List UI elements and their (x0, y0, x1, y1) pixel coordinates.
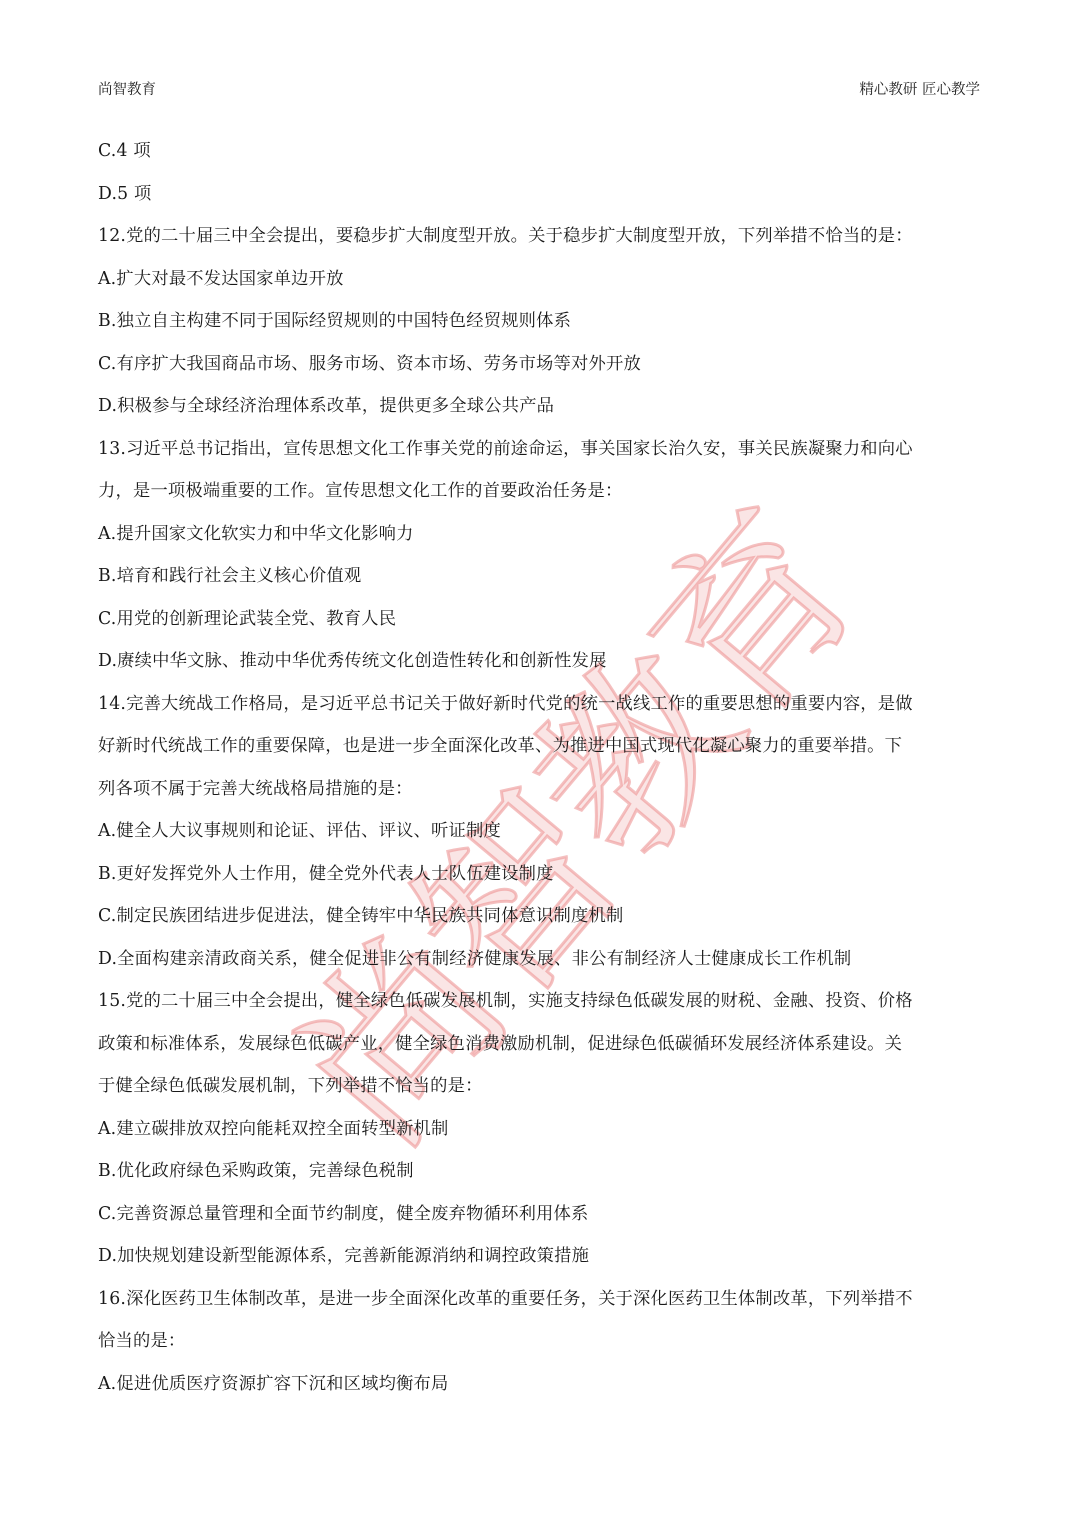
question-15-option-d: D.加快规划建设新型能源体系，完善新能源消纳和调控政策措施 (98, 1235, 984, 1278)
question-12-option-b: B.独立自主构建不同于国际经贸规则的中国特色经贸规则体系 (98, 300, 984, 343)
question-16-option-a: A.促进优质医疗资源扩容下沉和区域均衡布局 (98, 1363, 984, 1406)
question-15-stem-line2: 政策和标准体系，发展绿色低碳产业，健全绿色消费激励机制，促进绿色低碳循环发展经济… (98, 1023, 984, 1066)
header-brand: 尚智教育 (98, 78, 156, 99)
question-13-option-b: B.培育和践行社会主义核心价值观 (98, 555, 984, 598)
header-slogan: 精心教研 匠心教学 (859, 78, 980, 99)
question-15-option-b: B.优化政府绿色采购政策，完善绿色税制 (98, 1150, 984, 1193)
question-12-stem: 12.党的二十届三中全会提出，要稳步扩大制度型开放。关于稳步扩大制度型开放，下列… (98, 215, 984, 258)
question-13-option-c: C.用党的创新理论武装全党、教育人民 (98, 598, 984, 641)
option-c-prev: C.4 项 (98, 130, 984, 173)
question-14-option-c: C.制定民族团结进步促进法，健全铸牢中华民族共同体意识制度机制 (98, 895, 984, 938)
option-d-prev: D.5 项 (98, 173, 984, 216)
question-14-option-d: D.全面构建亲清政商关系，健全促进非公有制经济健康发展、非公有制经济人士健康成长… (98, 938, 984, 981)
question-15-option-c: C.完善资源总量管理和全面节约制度，健全废弃物循环利用体系 (98, 1193, 984, 1236)
question-15-stem-line3: 于健全绿色低碳发展机制，下列举措不恰当的是： (98, 1065, 984, 1108)
question-16-stem-line2: 恰当的是： (98, 1320, 984, 1363)
question-14-stem-line2: 好新时代统战工作的重要保障，也是进一步全面深化改革、为推进中国式现代化凝心聚力的… (98, 725, 984, 768)
question-14-stem-line3: 列各项不属于完善大统战格局措施的是： (98, 768, 984, 811)
question-12-option-c: C.有序扩大我国商品市场、服务市场、资本市场、劳务市场等对外开放 (98, 343, 984, 386)
page-header: 尚智教育 精心教研 匠心教学 (98, 78, 980, 100)
question-14-stem-line1: 14.完善大统战工作格局，是习近平总书记关于做好新时代党的统一战线工作的重要思想… (98, 683, 984, 726)
question-13-stem-line1: 13.习近平总书记指出，宣传思想文化工作事关党的前途命运，事关国家长治久安，事关… (98, 428, 984, 471)
question-14-option-a: A.健全人大议事规则和论证、评估、评议、听证制度 (98, 810, 984, 853)
question-12-option-a: A.扩大对最不发达国家单边开放 (98, 258, 984, 301)
question-13-stem-line2: 力，是一项极端重要的工作。宣传思想文化工作的首要政治任务是： (98, 470, 984, 513)
question-15-stem-line1: 15.党的二十届三中全会提出，健全绿色低碳发展机制，实施支持绿色低碳发展的财税、… (98, 980, 984, 1023)
question-13-option-d: D.赓续中华文脉、推动中华优秀传统文化创造性转化和创新性发展 (98, 640, 984, 683)
document-body: C.4 项 D.5 项 12.党的二十届三中全会提出，要稳步扩大制度型开放。关于… (98, 130, 984, 1405)
question-14-option-b: B.更好发挥党外人士作用，健全党外代表人士队伍建设制度 (98, 853, 984, 896)
question-15-option-a: A.建立碳排放双控向能耗双控全面转型新机制 (98, 1108, 984, 1151)
question-13-option-a: A.提升国家文化软实力和中华文化影响力 (98, 513, 984, 556)
question-12-option-d: D.积极参与全球经济治理体系改革，提供更多全球公共产品 (98, 385, 984, 428)
question-16-stem-line1: 16.深化医药卫生体制改革，是进一步全面深化改革的重要任务，关于深化医药卫生体制… (98, 1278, 984, 1321)
